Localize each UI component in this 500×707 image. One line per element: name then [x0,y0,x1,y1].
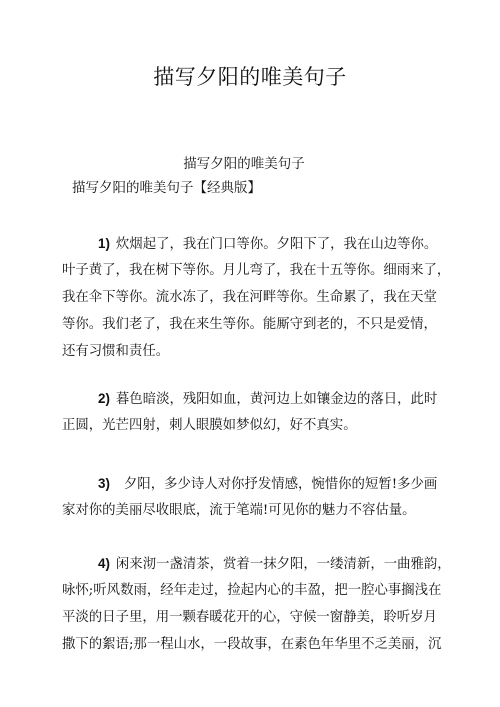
line-text: 炊烟起了，我在门口等你。夕阳下了，我在山边等你。 [116,237,437,252]
paragraph-line: 叶子黄了，我在树下等你。月儿弯了，我在十五等你。细雨来了， [62,257,446,284]
paragraph-1: 1)炊烟起了，我在门口等你。夕阳下了，我在山边等你。 叶子黄了，我在树下等你。月… [62,230,446,365]
paragraph-line: 1)炊烟起了，我在门口等你。夕阳下了，我在山边等你。 [62,230,446,257]
paragraph-number: 1) [98,236,110,251]
paragraph-2: 2)暮色暗淡，残阳如血，黄河边上如镶金边的落日，此时 正圆，光芒四射，刺人眼膜如… [62,385,446,439]
paragraph-4: 4)闲来沏一盏清茶，赏着一抹夕阳，一缕清新，一曲雅韵， 咏怀;听风数雨，经年走过… [62,550,446,658]
paragraph-line: 我在伞下等你。流水冻了，我在河畔等你。生命累了，我在天堂 [62,284,446,311]
line-text: 闲来沏一盏清茶，赏着一抹夕阳，一缕清新，一曲雅韵， [116,557,451,572]
paragraph-number: 2) [98,391,110,406]
line-text: 暮色暗淡，残阳如血，黄河边上如镶金边的落日，此时 [116,392,437,407]
line-text: 夕阳，多少诗人对你抒发情感，惋惜你的短暂!多少画 [124,477,437,492]
paragraph-line: 2)暮色暗淡，残阳如血，黄河边上如镶金边的落日，此时 [62,385,446,412]
paragraph-line: 咏怀;听风数雨，经年走过，捡起内心的丰盈，把一腔心事搁浅在 [62,577,446,604]
paragraph-number: 4) [98,556,110,571]
paragraph-line: 家对你的美丽尽收眼底，流于笔端!可见你的魅力不容估量。 [62,497,446,524]
paragraph-line: 平淡的日子里，用一颗春暖花开的心，守候一窗静美，聆听岁月 [62,604,446,631]
paragraph-line: 4)闲来沏一盏清茶，赏着一抹夕阳，一缕清新，一曲雅韵， [62,550,446,577]
document-subtitle: 描写夕阳的唯美句子 [0,154,488,174]
paragraph-number: 3) [98,476,110,491]
paragraph-3: 3)夕阳，多少诗人对你抒发情感，惋惜你的短暂!多少画 家对你的美丽尽收眼底，流于… [62,470,446,524]
document-subheading: 描写夕阳的唯美句子【经典版】 [72,178,261,198]
document-title: 描写夕阳的唯美句子 [0,62,500,92]
paragraph-line: 等你。我们老了，我在来生等你。能厮守到老的，不只是爱情， [62,311,446,338]
paragraph-line: 撒下的絮语;那一程山水，一段故事，在素色年华里不乏美丽，沉 [62,631,446,658]
paragraph-line: 正圆，光芒四射，刺人眼膜如梦似幻，好不真实。 [62,412,446,439]
paragraph-line: 还有习惯和责任。 [62,338,446,365]
paragraph-line: 3)夕阳，多少诗人对你抒发情感，惋惜你的短暂!多少画 [62,470,446,497]
